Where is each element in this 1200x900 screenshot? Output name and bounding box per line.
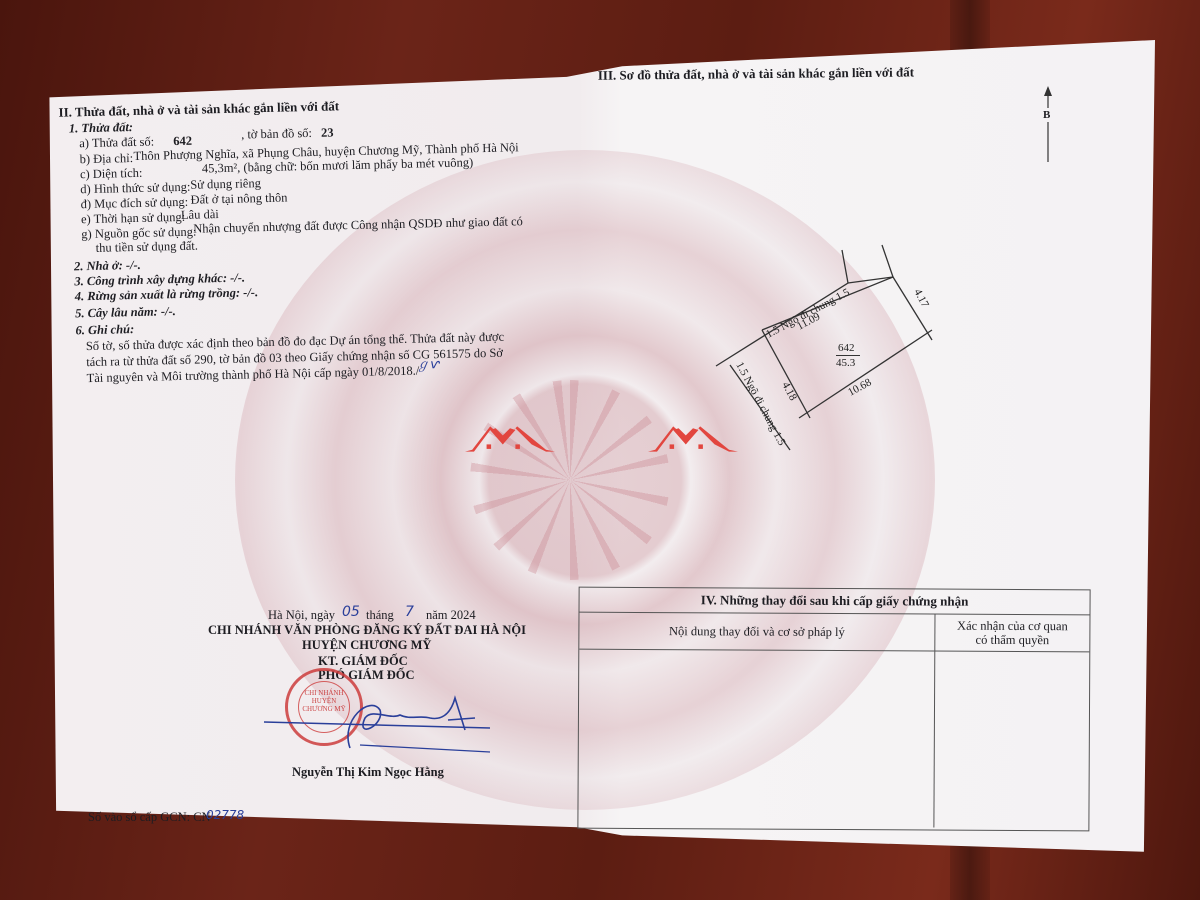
house-logo-watermark-icon bbox=[465, 424, 555, 454]
registry-label: Số vào sổ cấp GCN: CN bbox=[88, 810, 211, 824]
map-sheet-no: 23 bbox=[321, 125, 334, 139]
drum-star-watermark bbox=[470, 380, 670, 580]
area-label: c) Diện tích: bbox=[80, 166, 143, 181]
purpose-value: Đất ở tại nông thôn bbox=[190, 191, 287, 207]
year-label: năm 2024 bbox=[426, 608, 476, 622]
house-logo-watermark-icon bbox=[648, 424, 738, 454]
signature-scribble bbox=[260, 690, 500, 760]
month-label: tháng bbox=[366, 608, 394, 622]
org-line-2: HUYỆN CHƯƠNG MỸ bbox=[302, 638, 431, 652]
north-label: B bbox=[1043, 108, 1050, 122]
map-sheet-label: , tờ bản đồ số: bbox=[241, 126, 312, 142]
item-6-heading: 6. Ghi chú: bbox=[75, 322, 134, 337]
parcel-outline bbox=[710, 240, 950, 460]
item-1-heading: 1. Thửa đất: bbox=[69, 120, 133, 135]
parcel-area-label: 45.3 bbox=[836, 357, 855, 369]
initials-handwritten: ℊⱱ bbox=[416, 358, 439, 373]
north-arrow-icon bbox=[1040, 84, 1056, 164]
term-label: e) Thời hạn sử dụng: bbox=[81, 210, 185, 226]
registry-value: 02778 bbox=[206, 808, 244, 822]
signer-name: Nguyễn Thị Kim Ngọc Hằng bbox=[292, 765, 444, 779]
date-prefix: Hà Nội, ngày bbox=[268, 608, 335, 622]
parcel-no: 642 bbox=[173, 134, 192, 148]
column-header-confirmation: Xác nhận của cơ quan có thẩm quyền bbox=[935, 615, 1089, 652]
changes-table-title: IV. Những thay đổi sau khi cấp giấy chứn… bbox=[580, 588, 1090, 616]
item-2-house: 2. Nhà ở: -/-. bbox=[74, 258, 141, 274]
changes-table-header-row: Nội dung thay đổi và cơ sở pháp lý Xác n… bbox=[579, 613, 1089, 653]
changes-table-body bbox=[578, 650, 1089, 829]
date-month: 7 bbox=[405, 605, 414, 619]
title-line-1: KT. GIÁM ĐỐC bbox=[318, 654, 408, 668]
fraction-bar bbox=[836, 355, 860, 356]
usage-form-value: Sử dụng riêng bbox=[190, 176, 261, 192]
changes-table: IV. Những thay đổi sau khi cấp giấy chứn… bbox=[577, 587, 1090, 832]
item-5-perennial: 5. Cây lâu năm: -/-. bbox=[75, 304, 176, 320]
term-value: Lâu dài bbox=[181, 207, 219, 222]
date-day: 05 bbox=[342, 605, 360, 619]
changes-content-cell bbox=[578, 650, 935, 828]
parcel-number-label: 642 bbox=[838, 342, 855, 354]
purpose-label: đ) Mục đích sử dụng: bbox=[80, 195, 188, 211]
org-line-1: CHI NHÁNH VĂN PHÒNG ĐĂNG KÝ ĐẤT ĐAI HÀ N… bbox=[208, 623, 526, 637]
column-header-content: Nội dung thay đổi và cơ sở pháp lý bbox=[579, 613, 935, 651]
address-label: b) Địa chỉ: bbox=[79, 151, 133, 166]
usage-form-label: d) Hình thức sử dụng: bbox=[80, 180, 190, 196]
origin-line-2: thu tiền sử dụng đất. bbox=[95, 239, 198, 255]
